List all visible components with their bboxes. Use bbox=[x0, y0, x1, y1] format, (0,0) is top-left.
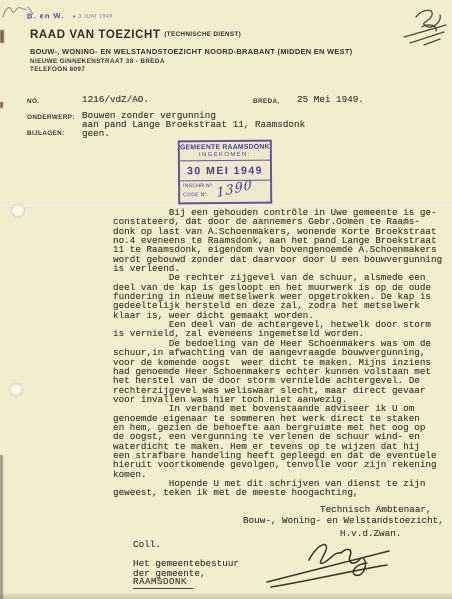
bw-date-stamp: B. en W. ● 3 JUNI 1949 bbox=[27, 4, 113, 23]
no-label: NO. bbox=[27, 98, 39, 105]
bw-stamp-text: B. en W. bbox=[27, 11, 64, 21]
bw-stamp-date: ● 3 JUNI 1949 bbox=[73, 13, 113, 20]
punch-hole bbox=[11, 204, 25, 217]
org-title: RAAD VAN TOEZICHT (TECHNISCHE DIENST) bbox=[30, 29, 241, 41]
enclosures-label: BIJLAGEN: bbox=[27, 130, 65, 137]
no-value: 1216/vdZ/AO. bbox=[82, 94, 149, 105]
received-stamp-municipality: GEMEENTE RAAMSDONK bbox=[180, 144, 270, 152]
signoff-department: Bouw-, Woning- en Welstandstoezicht, bbox=[243, 515, 444, 526]
date-value: 25 Mei 1949. bbox=[297, 94, 364, 105]
scan-edge-mark bbox=[0, 30, 4, 43]
org-address: NIEUWE GINNEKENSTRAAT 38 - BREDA bbox=[30, 58, 165, 65]
footer-addressee: Coll. Het gemeentebestuur der gemeente, bbox=[133, 540, 239, 578]
subject-label: ONDERWERP: bbox=[27, 114, 75, 121]
code-label: CODE Nº. bbox=[183, 192, 208, 198]
received-stamp-label: INGEKOMEN: bbox=[180, 152, 270, 159]
subject-line2: aan pand Lange Broekstraat 11, Raamsdonk bbox=[82, 119, 305, 130]
received-stamp-date: 30 MEI 1949 bbox=[180, 161, 270, 182]
scanned-letter-page: B. en W. ● 3 JUNI 1949 RAAD VAN TOEZICHT… bbox=[0, 0, 452, 599]
inschr-label: INSCHR.Nº. bbox=[183, 183, 213, 189]
handwritten-paraph bbox=[398, 5, 450, 47]
received-stamp: GEMEENTE RAAMSDONK INGEKOMEN: 30 MEI 194… bbox=[178, 140, 272, 205]
signoff-title: Technisch Ambtenaar, bbox=[320, 504, 432, 515]
signoff-name: H.v.d.Zwan. bbox=[340, 528, 401, 539]
letter-body: Bij een gehouden contrôle in Uwe gemeent… bbox=[113, 208, 442, 498]
org-name: RAAD VAN TOEZICHT bbox=[30, 29, 161, 41]
place-label: BREDA, bbox=[253, 98, 280, 105]
scan-edge-mark bbox=[0, 102, 3, 108]
footer-municipality: RAAMSDONK bbox=[133, 576, 193, 589]
org-phone: TELEFOON 8097 bbox=[30, 66, 85, 73]
punch-hole bbox=[9, 383, 23, 396]
handwritten-register-number: 1390 bbox=[216, 178, 253, 202]
org-suffix: (TECHNISCHE DIENST) bbox=[164, 31, 241, 38]
handwritten-signature bbox=[263, 538, 397, 588]
enclosures-value: geen. bbox=[82, 128, 110, 139]
org-subtitle: BOUW-, WONING- EN WELSTANDSTOEZICHT NOOR… bbox=[30, 47, 352, 56]
scan-edge-shadow bbox=[0, 455, 3, 599]
